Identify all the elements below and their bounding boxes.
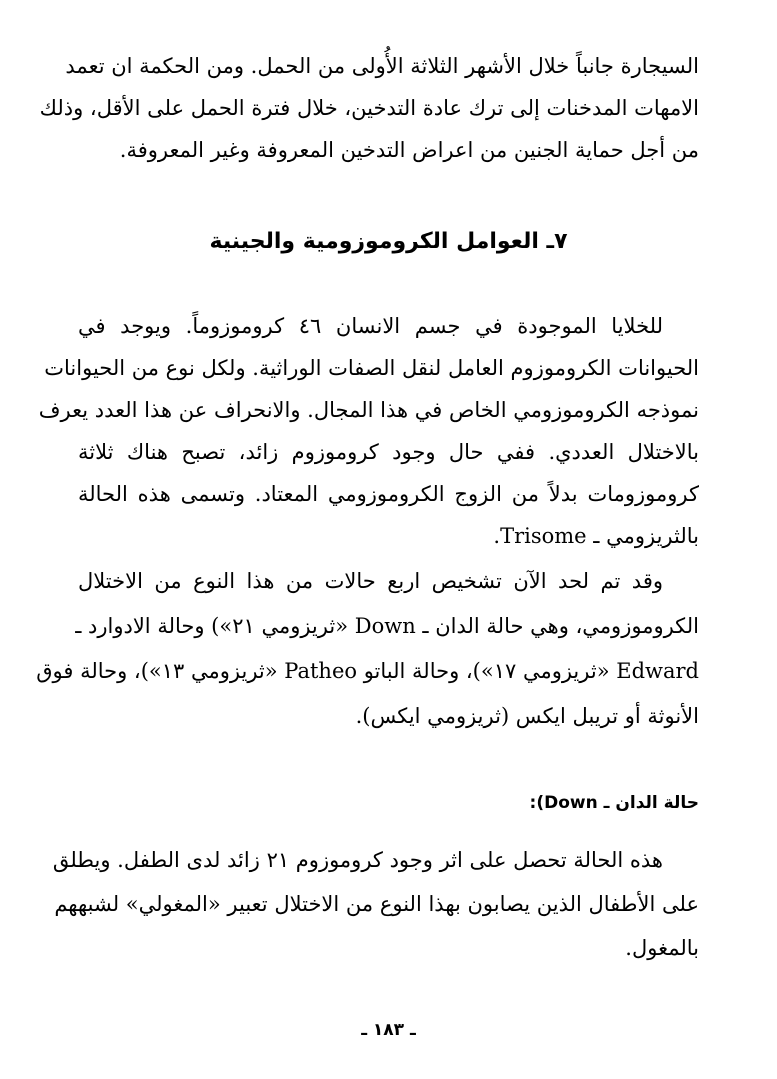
section-heading: ٧ـ العوامل الكروموزومية والجينية	[78, 226, 699, 258]
subheading-down-syndrome: حالة الدان ـ Down):	[530, 790, 699, 816]
text-line: بالثريزومي ـ Trisome.	[78, 521, 699, 551]
text-line: بالاختلال العددي. ففي حال وجود كروموزوم …	[78, 437, 699, 467]
text-line: الحيوانات الكروموزوم العامل لنقل الصفات …	[78, 353, 699, 383]
text-line: الأنوثة أو تريبل ايكس (ثريزومي ايكس).	[78, 701, 699, 731]
text-line: السيجارة جانباً خلال الأشهر الثلاثة الأُ…	[78, 51, 699, 81]
text-line: الكروموزومي، وهي حالة الدان ـ Down «ثريز…	[78, 611, 699, 641]
text-line: نموذجه الكروموزومي الخاص في هذا المجال. …	[78, 395, 699, 425]
text-line: للخلايا الموجودة في جسم الانسان ٤٦ كرومو…	[78, 311, 699, 341]
text-line: من أجل حماية الجنين من اعراض التدخين الم…	[78, 135, 699, 165]
text-line: Edward «ثريزومي ١٧»)، وحالة الباتو Pathe…	[78, 656, 699, 686]
text-line: الامهات المدخنات إلى ترك عادة التدخين، خ…	[78, 93, 699, 123]
book-page: السيجارة جانباً خلال الأشهر الثلاثة الأُ…	[78, 0, 699, 1079]
text-line: على الأطفال الذين يصابون بهذا النوع من ا…	[78, 889, 699, 919]
page-number: ـ ١٨٣ ـ	[78, 1018, 699, 1042]
text-line: هذه الحالة تحصل على اثر وجود كروموزوم ٢١…	[78, 845, 699, 875]
text-line: بالمغول.	[78, 933, 699, 963]
text-line: كروموزومات بدلاً من الزوج الكروموزومي ال…	[78, 479, 699, 509]
text-line: وقد تم لحد الآن تشخيص اربع حالات من هذا …	[78, 566, 699, 596]
